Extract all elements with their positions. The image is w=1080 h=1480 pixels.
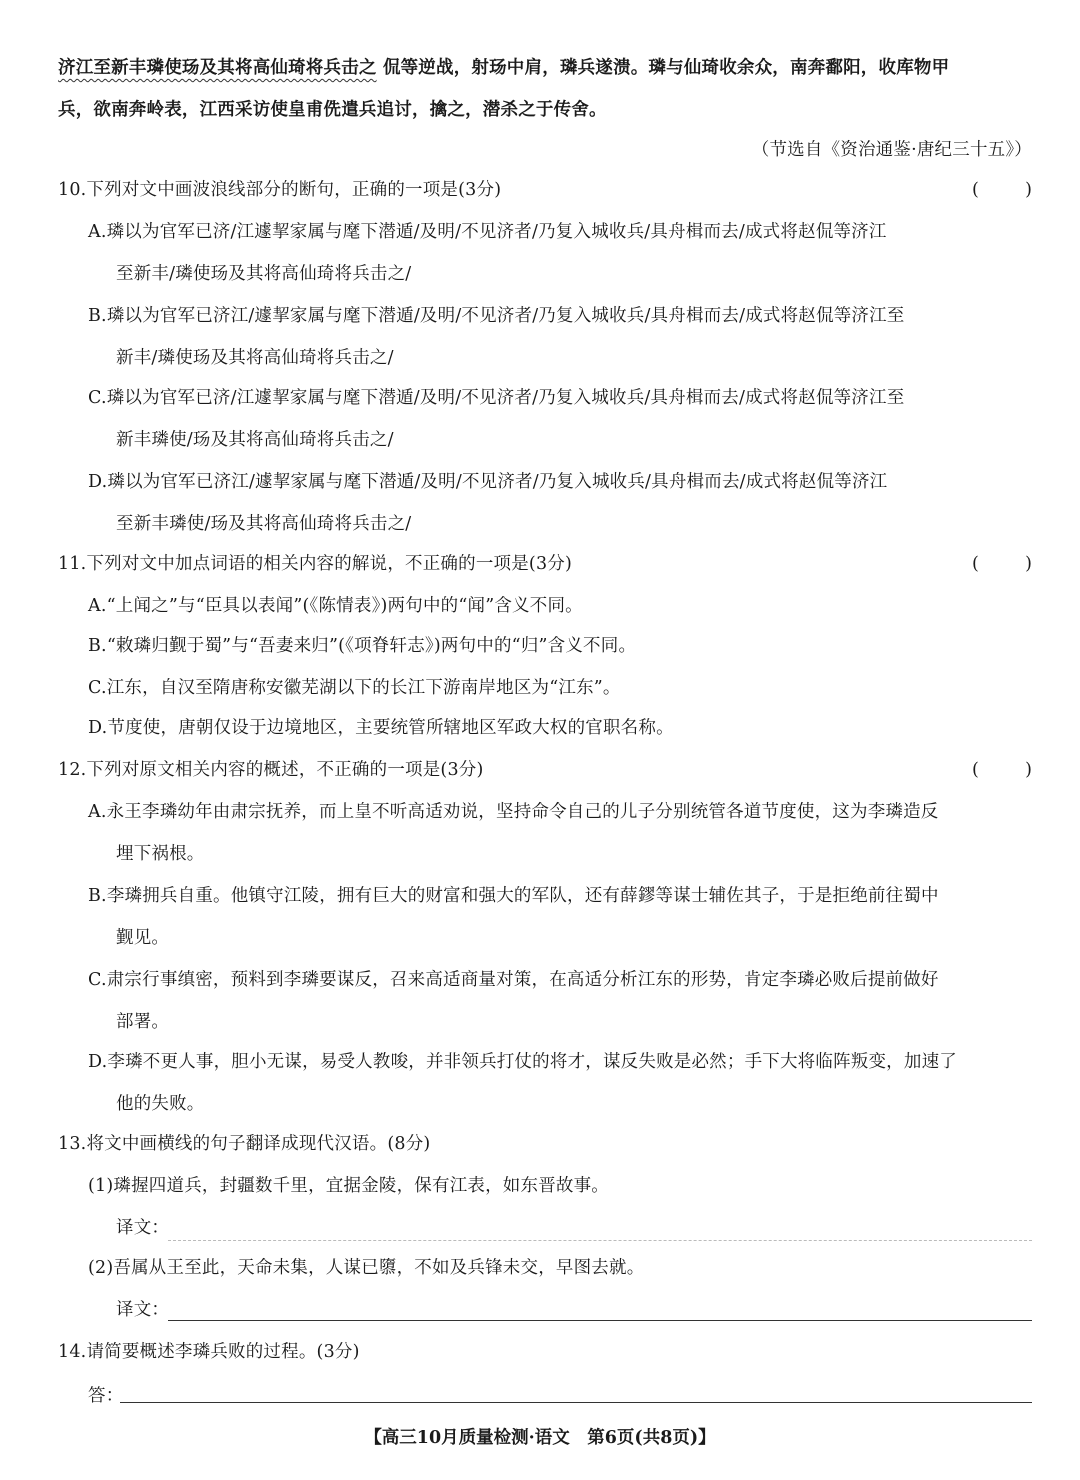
option-text: 璘以为官军已济/江遽挈家属与麾下潜遁/及明/不见济者/乃复入城收兵/具舟楫而去/… [107, 222, 887, 242]
question-stem: 将文中画横线的句子翻译成现代汉语。(8分) [86, 1134, 430, 1154]
option-11d: D.节度使，唐朝仅设于边境地区，主要统管所辖地区军政大权的官职名称。 [88, 716, 1032, 740]
option-text: 江东，自汉至隋唐称安徽芜湖以下的长江下游南岸地区为“江东”。 [107, 678, 621, 698]
question-14: 14.请简要概述李璘兵败的过程。(3分) [58, 1340, 1032, 1364]
option-12b: B.李璘拥兵自重。他镇守江陵，拥有巨大的财富和强大的军队，还有薛鏐等谋士辅佐其子… [88, 884, 1032, 908]
translation-label-2: 译文： [116, 1298, 1032, 1322]
question-11: 11.下列对文中加点词语的相关内容的解说，不正确的一项是(3分) [58, 552, 1032, 576]
sentence-13-1: (1)璘握四道兵，封疆数千里，宜据金陵，保有江表，如东晋故事。 [88, 1174, 1032, 1198]
option-10c-cont: 新丰璘使/玚及其将高仙琦将兵击之/ [116, 428, 1032, 452]
option-12c: C.肃宗行事缜密，预料到李璘要谋反，召来高适商量对策，在高适分析江东的形势，肯定… [88, 968, 1032, 992]
option-text: 璘以为官军已济江/遽挈家属与麾下潜遁/及明/不见济者/乃复入城收兵/具舟楫而去/… [107, 306, 905, 326]
option-text: “敕璘归觐于蜀”与“吾妻来归”(《项脊轩志》)两句中的“归”含义不同。 [107, 636, 636, 656]
answer-bracket-12[interactable]: () [972, 758, 1032, 782]
passage-text: 侃等逆战，射玚中肩，璘兵遂溃。璘与仙琦收余众，南奔鄱阳，收库物甲 [377, 58, 950, 78]
part-label: (2) [88, 1258, 113, 1278]
option-11c: C.江东，自汉至隋唐称安徽芜湖以下的长江下游南岸地区为“江东”。 [88, 676, 1032, 700]
answer-bracket-11[interactable]: () [972, 552, 1032, 576]
paren-open: ( [972, 758, 979, 782]
option-12d: D.李璘不更人事，胆小无谋，易受人教唆，并非领兵打仗的将才，谋反失败是必然；手下… [88, 1050, 1032, 1074]
option-10a: A.璘以为官军已济/江遽挈家属与麾下潜遁/及明/不见济者/乃复入城收兵/具舟楫而… [88, 220, 1032, 244]
paren-open: ( [972, 552, 979, 576]
option-10b-cont: 新丰/璘使玚及其将高仙琦将兵击之/ [116, 346, 1032, 370]
option-label: B. [88, 636, 107, 656]
question-number: 10. [58, 180, 86, 200]
part-label: (1) [88, 1176, 113, 1196]
paren-close: ) [1025, 178, 1032, 202]
translation-label-1: 译文： [116, 1216, 1032, 1240]
question-stem: 下列对文中画波浪线部分的断句，正确的一项是(3分) [86, 180, 501, 200]
question-stem: 请简要概述李璘兵败的过程。(3分) [86, 1342, 359, 1362]
paren-close: ) [1025, 758, 1032, 782]
sentence-13-2: (2)吾属从王至此，天命未集，人谋已隳，不如及兵锋未交，早图去就。 [88, 1256, 1032, 1280]
question-number: 11. [58, 554, 86, 574]
question-number: 14. [58, 1342, 86, 1362]
option-10c: C.璘以为官军已济/江遽挈家属与麾下潜遁/及明/不见济者/乃复入城收兵/具舟楫而… [88, 386, 1032, 410]
question-10: 10.下列对文中画波浪线部分的断句，正确的一项是(3分) [58, 178, 1032, 202]
option-text: 节度使，唐朝仅设于边境地区，主要统管所辖地区军政大权的官职名称。 [107, 718, 673, 738]
option-label: C. [88, 678, 107, 698]
option-10d: D.璘以为官军已济江/遽挈家属与麾下潜遁/及明/不见济者/乃复入城收兵/具舟楫而… [88, 470, 1032, 494]
option-12a-cont: 埋下祸根。 [116, 842, 1032, 866]
question-number: 13. [58, 1134, 86, 1154]
passage-line-1: 济江至新丰璘使玚及其将高仙琦将兵击之 侃等逆战，射玚中肩，璘兵遂溃。璘与仙琦收余… [58, 56, 1032, 80]
option-12c-cont: 部署。 [116, 1010, 1032, 1034]
page-footer: 【高三10月质量检测·语文 第6页(共8页)】 [0, 1426, 1080, 1450]
question-stem: 下列对文中加点词语的相关内容的解说，不正确的一项是(3分) [86, 554, 572, 574]
question-12: 12.下列对原文相关内容的概述，不正确的一项是(3分) [58, 758, 1032, 782]
part-text: 璘握四道兵，封疆数千里，宜据金陵，保有江表，如东晋故事。 [113, 1176, 609, 1196]
option-11a: A.“上闻之”与“臣具以表闻”(《陈情表》)两句中的“闻”含义不同。 [88, 594, 1032, 618]
question-number: 12. [58, 760, 86, 780]
wavy-underlined-text: 济江至新丰璘使玚及其将高仙琦将兵击之 [58, 58, 377, 78]
option-label: A. [88, 802, 107, 822]
option-label: A. [88, 596, 107, 616]
paren-close: ) [1025, 552, 1032, 576]
option-text: 璘以为官军已济江/遽挈家属与麾下潜遁/及明/不见济者/乃复入城收兵/具舟楫而去/… [107, 472, 887, 492]
option-label: D. [88, 718, 107, 738]
option-label: B. [88, 306, 107, 326]
passage-line-2: 兵，欲南奔岭表，江西采访使皇甫侁遣兵追讨，擒之，潜杀之于传舍。 [58, 98, 1032, 122]
part-text: 吾属从王至此，天命未集，人谋已隳，不如及兵锋未交，早图去就。 [113, 1258, 644, 1278]
option-12a: A.永王李璘幼年由肃宗抚养，而上皇不听高适劝说，坚持命令自己的儿子分别统管各道节… [88, 800, 1032, 824]
translation-input-1[interactable] [168, 1240, 1032, 1241]
answer-bracket-10[interactable]: () [972, 178, 1032, 202]
option-text: 璘以为官军已济/江遽挈家属与麾下潜遁/及明/不见济者/乃复入城收兵/具舟楫而去/… [107, 388, 905, 408]
option-text: 永王李璘幼年由肃宗抚养，而上皇不听高适劝说，坚持命令自己的儿子分别统管各道节度使… [107, 802, 939, 822]
option-label: A. [88, 222, 107, 242]
option-label: D. [88, 1052, 107, 1072]
question-13: 13.将文中画横线的句子翻译成现代汉语。(8分) [58, 1132, 1032, 1156]
option-text: 肃宗行事缜密，预料到李璘要谋反，召来高适商量对策，在高适分析江东的形势，肯定李璘… [107, 970, 939, 990]
option-label: C. [88, 388, 107, 408]
passage-source: （节选自《资治通鉴·唐纪三十五》） [752, 138, 1032, 162]
answer-input-14[interactable] [120, 1402, 1032, 1403]
exam-page: 济江至新丰璘使玚及其将高仙琦将兵击之 侃等逆战，射玚中肩，璘兵遂溃。璘与仙琦收余… [0, 0, 1080, 1480]
answer-label-14: 答： [88, 1384, 1032, 1408]
option-label: D. [88, 472, 107, 492]
option-11b: B.“敕璘归觐于蜀”与“吾妻来归”(《项脊轩志》)两句中的“归”含义不同。 [88, 634, 1032, 658]
option-label: B. [88, 886, 107, 906]
option-12d-cont: 他的失败。 [116, 1092, 1032, 1116]
option-text: 李璘不更人事，胆小无谋，易受人教唆，并非领兵打仗的将才，谋反失败是必然；手下大将… [107, 1052, 957, 1072]
translation-input-2[interactable] [168, 1320, 1032, 1321]
option-text: 李璘拥兵自重。他镇守江陵，拥有巨大的财富和强大的军队，还有薛鏐等谋士辅佐其子，于… [107, 886, 939, 906]
option-text: “上闻之”与“臣具以表闻”(《陈情表》)两句中的“闻”含义不同。 [107, 596, 583, 616]
option-10d-cont: 至新丰璘使/玚及其将高仙琦将兵击之/ [116, 512, 1032, 536]
option-12b-cont: 觐见。 [116, 926, 1032, 950]
question-stem: 下列对原文相关内容的概述，不正确的一项是(3分) [86, 760, 483, 780]
option-10a-cont: 至新丰/璘使玚及其将高仙琦将兵击之/ [116, 262, 1032, 286]
option-10b: B.璘以为官军已济江/遽挈家属与麾下潜遁/及明/不见济者/乃复入城收兵/具舟楫而… [88, 304, 1032, 328]
option-label: C. [88, 970, 107, 990]
paren-open: ( [972, 178, 979, 202]
